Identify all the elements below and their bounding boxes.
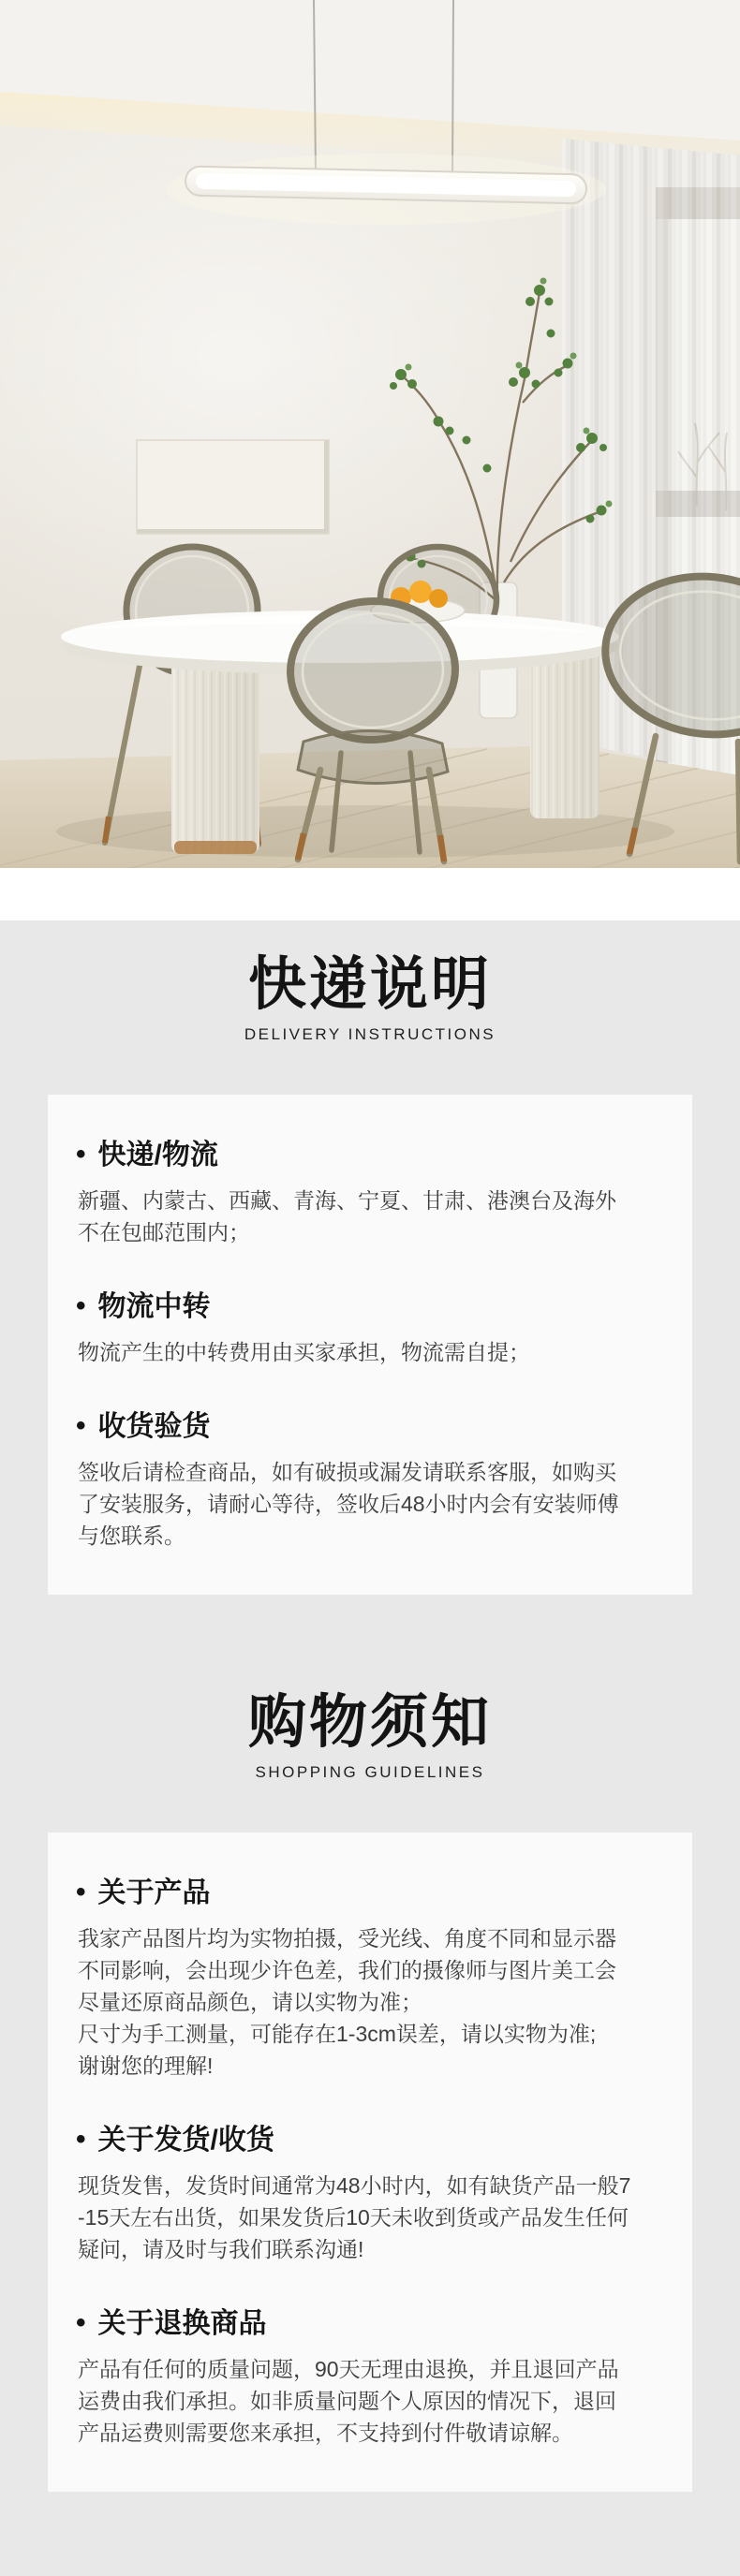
bullet-icon: •: [76, 2124, 86, 2156]
pendant-wire: [452, 0, 453, 176]
table-pedestal-left: [171, 655, 259, 854]
card-item-about-product: • 关于产品 我家产品图片均为实物拍摄，受光线、角度不同和显示器不同影响，会出现…: [48, 1877, 692, 2082]
product-detail-page: 快递说明 DELIVERY INSTRUCTIONS • 快递/物流 新疆、内蒙…: [0, 0, 740, 2576]
bullet-icon: •: [76, 1290, 86, 1322]
item-heading-text: 快递/物流: [98, 1140, 218, 1171]
item-heading-text: 关于退换商品: [98, 2308, 267, 2340]
item-heading: • 快递/物流: [76, 1140, 647, 1171]
item-body: 新疆、内蒙古、西藏、青海、宁夏、甘肃、港澳台及海外不在包邮范围内；: [78, 1185, 632, 1248]
bullet-icon: •: [76, 1410, 86, 1442]
item-body: 我家产品图片均为实物拍摄，受光线、角度不同和显示器不同影响，会出现少许色差，我们…: [78, 1922, 632, 2082]
bullet-icon: •: [76, 2307, 86, 2339]
dining-room-photo: [0, 0, 740, 868]
card-item-express-logistics: • 快递/物流 新疆、内蒙古、西藏、青海、宁夏、甘肃、港澳台及海外不在包邮范围内…: [48, 1140, 692, 1248]
item-heading: • 收货验货: [76, 1411, 647, 1443]
item-heading-text: 收货验货: [98, 1411, 211, 1443]
product-photo: [0, 0, 740, 868]
item-heading: • 关于产品: [76, 1877, 647, 1909]
photo-bottom-spacer: [0, 868, 740, 920]
card-item-receiving-inspection: • 收货验货 签收后请检查商品，如有破损或漏发请联系客服，如购买了安装服务，请耐…: [48, 1411, 692, 1552]
shopping-card: • 关于产品 我家产品图片均为实物拍摄，受光线、角度不同和显示器不同影响，会出现…: [48, 1833, 692, 2492]
shopping-section: 购物须知 SHOPPING GUIDELINES • 关于产品 我家产品图片均为…: [0, 1595, 740, 2492]
shopping-section-subtitle: SHOPPING GUIDELINES: [0, 1764, 740, 1781]
delivery-section-subtitle: DELIVERY INSTRUCTIONS: [0, 1026, 740, 1043]
table-pedestal-right: [530, 648, 599, 818]
orange-fruit: [409, 581, 432, 603]
card-item-logistics-transfer: • 物流中转 物流产生的中转费用由买家承担，物流需自提；: [48, 1291, 692, 1368]
bullet-icon: •: [76, 1877, 86, 1908]
bullet-icon: •: [76, 1139, 86, 1170]
item-heading: • 关于退换商品: [76, 2308, 647, 2340]
item-heading: • 物流中转: [76, 1291, 647, 1323]
item-heading-text: 关于产品: [98, 1877, 211, 1909]
delivery-section: 快递说明 DELIVERY INSTRUCTIONS • 快递/物流 新疆、内蒙…: [0, 920, 740, 1595]
item-body: 物流产生的中转费用由买家承担，物流需自提；: [78, 1336, 632, 1368]
wall-niche: [137, 440, 329, 534]
delivery-section-title: 快递说明: [0, 954, 740, 1016]
orange-fruit: [429, 589, 448, 608]
card-item-about-shipping: • 关于发货/收货 现货发售，发货时间通常为48小时内，如有缺货产品一般7-15…: [48, 2125, 692, 2265]
item-body: 签收后请检查商品，如有破损或漏发请联系客服，如购买了安装服务，请耐心等待，签收后…: [78, 1456, 632, 1552]
delivery-card: • 快递/物流 新疆、内蒙古、西藏、青海、宁夏、甘肃、港澳台及海外不在包邮范围内…: [48, 1095, 692, 1595]
item-body: 产品有任何的质量问题，90天无理由退换，并且退回产品运费由我们承担。如非质量问题…: [78, 2353, 632, 2449]
item-heading-text: 关于发货/收货: [98, 2125, 274, 2156]
card-item-about-returns: • 关于退换商品 产品有任何的质量问题，90天无理由退换，并且退回产品运费由我们…: [48, 2308, 692, 2449]
shopping-section-title: 购物须知: [0, 1692, 740, 1754]
item-heading: • 关于发货/收货: [76, 2125, 647, 2156]
item-body: 现货发售，发货时间通常为48小时内，如有缺货产品一般7-15天左右出货，如果发货…: [78, 2170, 632, 2265]
item-heading-text: 物流中转: [98, 1291, 211, 1323]
